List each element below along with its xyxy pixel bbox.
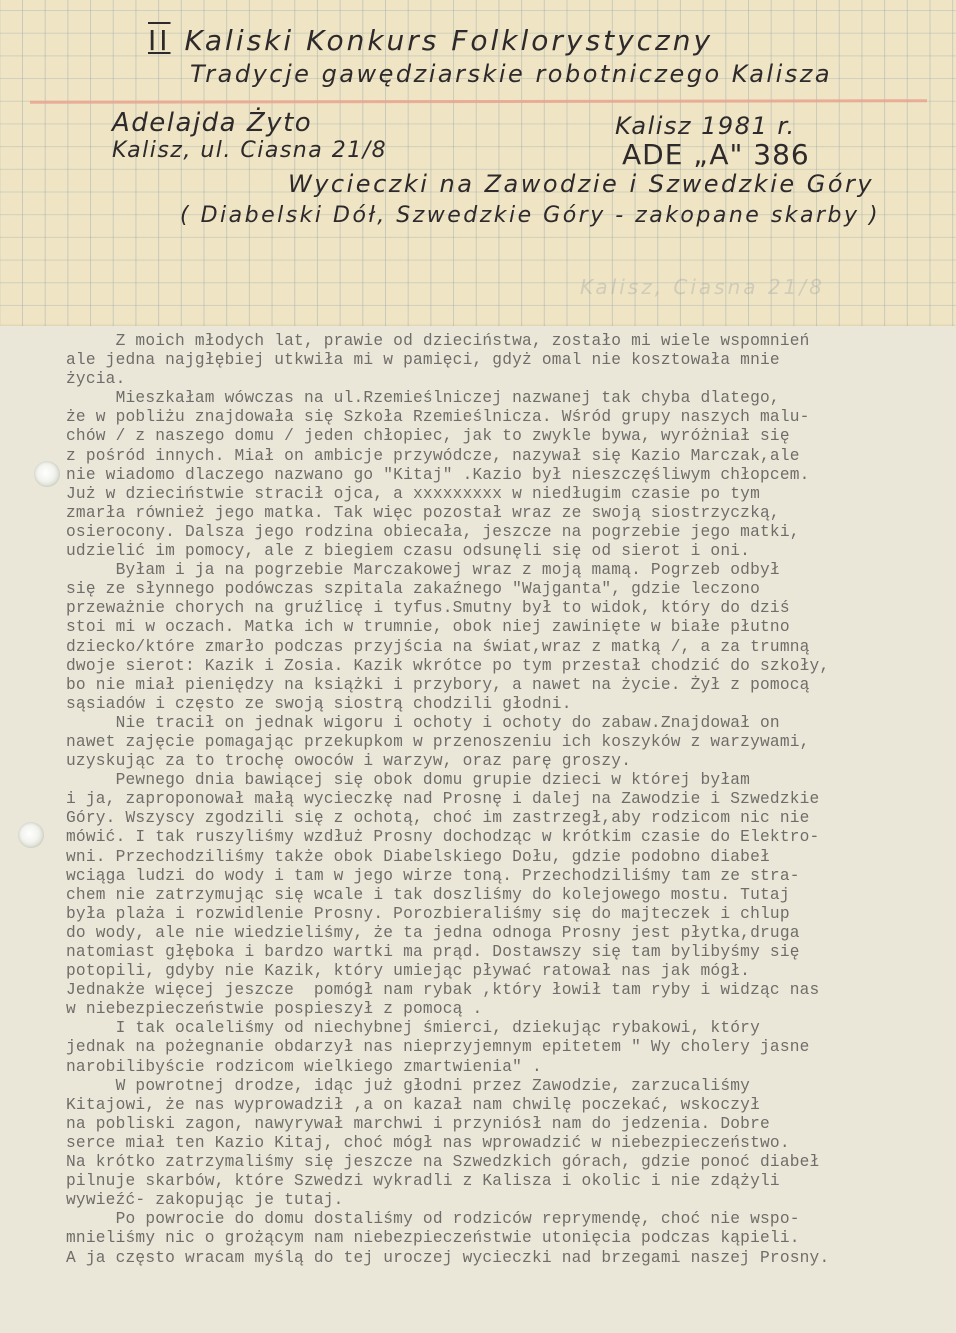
typed-line: I tak ocaleliśmy od niechybnej śmierci, …: [66, 1019, 956, 1038]
typed-line: dwoje sierot: Kazik i Zosia. Kazik wkrót…: [66, 657, 956, 676]
typed-line: chów / z naszego domu / jeden chłopiec, …: [66, 427, 956, 446]
typed-line: sąsiadów i często ze swoją siostrą chodz…: [66, 695, 956, 714]
typed-line: w niebezpieczeństwie pospieszył z pomocą…: [66, 1000, 956, 1019]
typed-line: Z moich młodych lat, prawie od dziecińst…: [66, 332, 956, 351]
typed-line: była plaża i rozwidlenie Prosny. Porozbi…: [66, 905, 956, 924]
typed-line: Góry. Wszyscy zgodzili się z ochotą, cho…: [66, 809, 956, 828]
typed-line: serce miał ten Kazio Kitaj, choć mógł na…: [66, 1134, 956, 1153]
grid-paper-sheet: IIKaliski Konkurs Folklorystyczny Tradyc…: [0, 0, 956, 330]
typed-line: A ja często wracam myślą do tej uroczej …: [66, 1249, 956, 1268]
typed-line: Jednakże więcej jeszcze pomógł nam rybak…: [66, 981, 956, 1000]
typed-line: zmarła również jego matka. Tak więc pozo…: [66, 504, 956, 523]
punch-hole-top: [34, 461, 60, 487]
typed-line: Pewnego dnia bawiącej się obok domu grup…: [66, 771, 956, 790]
roman-numeral: II: [148, 24, 171, 57]
typed-body-text: Z moich młodych lat, prawie od dziecińst…: [66, 332, 956, 1268]
typed-line: życia.: [66, 370, 956, 389]
story-subtitle: ( Diabelski Dół, Szwedzkie Góry - zakopa…: [180, 203, 880, 228]
typed-line: stoi mi w oczach. Matka ich w trumnie, o…: [66, 618, 956, 637]
typed-line: natomiast głęboka i bardzo wartki ma prą…: [66, 943, 956, 962]
typed-line: przeważnie chorych na gruźlicę i tyfus.S…: [66, 599, 956, 618]
typed-line: mówić. I tak ruszyliśmy wzdłuż Prosny do…: [66, 828, 956, 847]
typed-line: że w pobliżu znajdowała się Szkoła Rzemi…: [66, 408, 956, 427]
typed-line: się ze słynnego podówczas szpitala zakaź…: [66, 580, 956, 599]
contest-title-text: Kaliski Konkurs Folklorystyczny: [185, 24, 714, 57]
typed-line: nawet zajęcie pomagając przekupkom w prz…: [66, 733, 956, 752]
punch-hole-bottom: [18, 822, 44, 848]
place-date: Kalisz 1981 r.: [615, 112, 796, 140]
contest-subtitle: Tradycje gawędziarskie robotniczego Kali…: [190, 60, 832, 88]
story-subject: Wycieczki na Zawodzie i Szwedzkie Góry: [288, 170, 874, 198]
typed-line: Kitajowi, że nas wyprowadził ,a on kazał…: [66, 1096, 956, 1115]
typed-line: potopili, gdyby nie Kazik, który umiejąc…: [66, 962, 956, 981]
typed-line: uzyskując za to trochę owoców i warzyw, …: [66, 752, 956, 771]
red-margin-line: [30, 99, 927, 104]
author-address: Kalisz, ul. Ciasna 21/8: [112, 138, 387, 163]
typed-line: mnieliśmy nic o grożącym nam niebezpiecz…: [66, 1229, 956, 1248]
typed-line: wciąga ludzi do wody i tam w jego wirze …: [66, 867, 956, 886]
typed-line: udzielić im pomocy, ale z biegiem czasu …: [66, 542, 956, 561]
contest-title: IIKaliski Konkurs Folklorystyczny: [148, 24, 713, 57]
typed-line: narobilibyście rodzicom wielkiego zmartw…: [66, 1058, 956, 1077]
typed-line: na pobliski zagon, nawyrywał marchwi i p…: [66, 1115, 956, 1134]
typed-line: Byłam i ja na pogrzebie Marczakowej wraz…: [66, 561, 956, 580]
archive-code: ADE „A" 386: [622, 138, 810, 171]
typed-line: osierocony. Dalsza jego rodzina obiecała…: [66, 523, 956, 542]
typed-line: Mieszkałam wówczas na ul.Rzemieślniczej …: [66, 389, 956, 408]
typed-line: Już w dzieciństwie stracił ojca, a xxxxx…: [66, 485, 956, 504]
typed-line: W powrotnej drodze, idąc już głodni prze…: [66, 1077, 956, 1096]
author-name: Adelajda Żyto: [112, 108, 312, 138]
typed-line: nie wiadomo dlaczego nazwano go "Kitaj" …: [66, 466, 956, 485]
typed-line: wywieźć- zakopując je tutaj.: [66, 1191, 956, 1210]
typed-line: do wody, ale nie wiedzieliśmy, że ta jed…: [66, 924, 956, 943]
typed-line: bo nie miał pieniędzy na książki i przyb…: [66, 676, 956, 695]
typed-line: z pośród innych. Miał on ambicje przywód…: [66, 447, 956, 466]
typed-line: Po powrocie do domu dostaliśmy od rodzic…: [66, 1210, 956, 1229]
typed-line: dziecko/które zmarło podczas przyjścia n…: [66, 638, 956, 657]
typed-line: wni. Przechodziliśmy także obok Diabelsk…: [66, 848, 956, 867]
typed-line: i ja, zaproponował małą wycieczkę nad Pr…: [66, 790, 956, 809]
typewritten-sheet: Z moich młodych lat, prawie od dziecińst…: [0, 326, 956, 1333]
typed-line: pilnuje skarbów, które Szwedzi wykradli …: [66, 1172, 956, 1191]
typed-line: chem nie zatrzymując się wcale i tak dos…: [66, 886, 956, 905]
typed-line: Na krótko zatrzymaliśmy się jeszcze na S…: [66, 1153, 956, 1172]
typed-line: ale jedna najgłębiej utkwiła mi w pamięc…: [66, 351, 956, 370]
show-through-text: Kalisz, Ciasna 21/8: [580, 275, 825, 299]
typed-line: Nie tracił on jednak wigoru i ochoty i o…: [66, 714, 956, 733]
typed-line: jednak na pożegnanie obdarzył nas nieprz…: [66, 1038, 956, 1057]
